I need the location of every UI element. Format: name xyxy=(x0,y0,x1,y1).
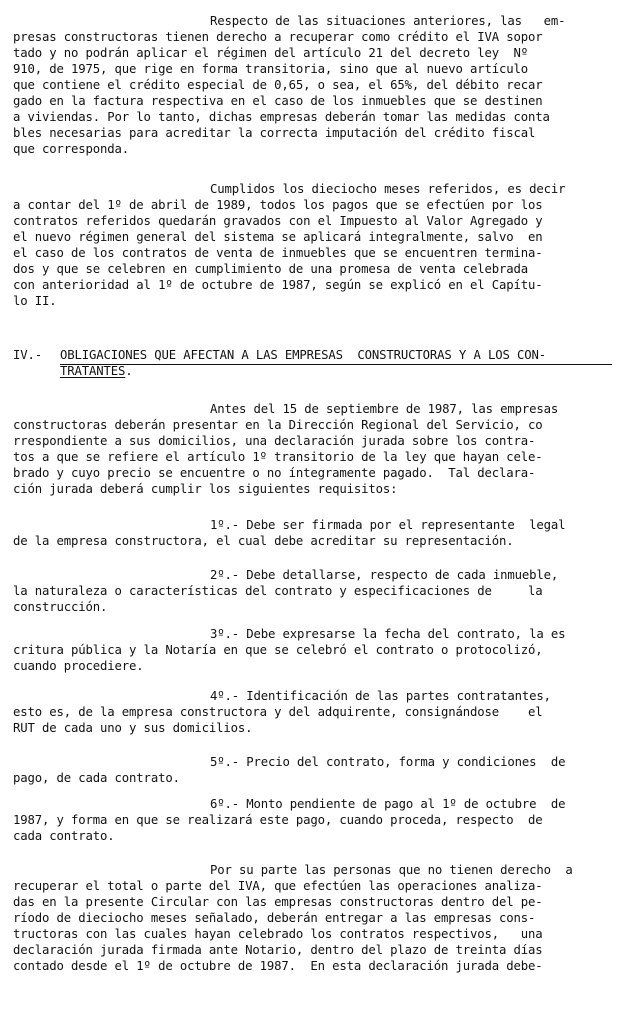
requirement-line: 3º.- Debe expresarse la fecha del contra… xyxy=(13,627,613,642)
paragraph-line: el nuevo régimen general del sistema se … xyxy=(13,230,613,245)
paragraph-line: a contar del 1º de abril de 1989, todos … xyxy=(13,198,613,213)
line-text: 6º.- Monto pendiente de pago al 1º de oc… xyxy=(210,797,565,811)
requirement-line: construcción. xyxy=(13,600,613,615)
document-page: Respecto de las situaciones anteriores, … xyxy=(0,0,630,1015)
line-text: 3º.- Debe expresarse la fecha del contra… xyxy=(210,627,565,641)
requirement-line: RUT de cada uno y sus domicilios. xyxy=(13,721,613,736)
line-text: Cumplidos los dieciocho meses referidos,… xyxy=(210,182,565,196)
paragraph-line: a viviendas. Por lo tanto, dichas empres… xyxy=(13,110,613,125)
paragraph-line: gado en la factura respectiva en el caso… xyxy=(13,94,613,109)
paragraph-line: constructoras deberán presentar en la Di… xyxy=(13,418,613,433)
paragraph-line: ción jurada deberá cumplir los siguiente… xyxy=(13,482,613,497)
paragraph-line: Respecto de las situaciones anteriores, … xyxy=(13,14,613,29)
requirement-line: pago, de cada contrato. xyxy=(13,771,613,786)
section-number: IV.- xyxy=(13,348,42,363)
requirement-line: esto es, de la empresa constructora y de… xyxy=(13,705,613,720)
paragraph-line: ríodo de dieciocho meses señalado, deber… xyxy=(13,911,613,926)
line-text: Respecto de las situaciones anteriores, … xyxy=(210,14,565,28)
section-title-line-2: TRATANTES. xyxy=(60,364,133,379)
requirement-line: cuando procediere. xyxy=(13,659,613,674)
section-title-period: . xyxy=(125,364,132,378)
heading-underline xyxy=(60,364,612,365)
paragraph-line: lo II. xyxy=(13,294,613,309)
line-text: 5º.- Precio del contrato, forma y condic… xyxy=(210,755,565,769)
paragraph-line: el caso de los contratos de venta de inm… xyxy=(13,246,613,261)
paragraph-line: Por su parte las personas que no tienen … xyxy=(13,863,613,878)
paragraph-line: Cumplidos los dieciocho meses referidos,… xyxy=(13,182,613,197)
paragraph-line: con anterioridad al 1º de octubre de 198… xyxy=(13,278,613,293)
line-text: 2º.- Debe detallarse, respecto de cada i… xyxy=(210,568,558,582)
line-text: Antes del 15 de septiembre de 1987, las … xyxy=(210,402,558,416)
line-text: 1º.- Debe ser firmada por el representan… xyxy=(210,518,565,532)
paragraph-line: que corresponda. xyxy=(13,142,613,157)
paragraph-line: tado y no podrán aplicar el régimen del … xyxy=(13,46,613,61)
requirement-line: 5º.- Precio del contrato, forma y condic… xyxy=(13,755,613,770)
paragraph-line: das en la presente Circular con las empr… xyxy=(13,895,613,910)
requirement-line: 6º.- Monto pendiente de pago al 1º de oc… xyxy=(13,797,613,812)
paragraph-line: brado y cuyo precio se encuentre o no ín… xyxy=(13,466,613,481)
paragraph-line: bles necesarias para acreditar la correc… xyxy=(13,126,613,141)
requirement-line: 4º.- Identificación de las partes contra… xyxy=(13,689,613,704)
requirement-line: 2º.- Debe detallarse, respecto de cada i… xyxy=(13,568,613,583)
paragraph-line: recuperar el total o parte del IVA, que … xyxy=(13,879,613,894)
section-title-line-1: OBLIGACIONES QUE AFECTAN A LAS EMPRESAS … xyxy=(60,348,546,363)
requirement-line: cada contrato. xyxy=(13,829,613,844)
requirement-line: la naturaleza o características del cont… xyxy=(13,584,613,599)
paragraph-line: tructoras con las cuales hayan celebrado… xyxy=(13,927,613,942)
paragraph-line: presas constructoras tienen derecho a re… xyxy=(13,30,613,45)
paragraph-line: 910, de 1975, que rige en forma transito… xyxy=(13,62,613,77)
section-title-underlined: TRATANTES xyxy=(60,364,125,378)
paragraph-line: contado desde el 1º de octubre de 1987. … xyxy=(13,959,613,974)
requirement-line: 1º.- Debe ser firmada por el representan… xyxy=(13,518,613,533)
line-text: 4º.- Identificación de las partes contra… xyxy=(210,689,551,703)
paragraph-line: Antes del 15 de septiembre de 1987, las … xyxy=(13,402,613,417)
requirement-line: critura pública y la Notaría en que se c… xyxy=(13,643,613,658)
requirement-line: 1987, y forma en que se realizará este p… xyxy=(13,813,613,828)
paragraph-line: contratos referidos quedarán gravados co… xyxy=(13,214,613,229)
line-text: Por su parte las personas que no tienen … xyxy=(210,863,573,877)
paragraph-line: rrespondiente a sus domicilios, una decl… xyxy=(13,434,613,449)
paragraph-line: que contiene el crédito especial de 0,65… xyxy=(13,78,613,93)
paragraph-line: tos a que se refiere el artículo 1º tran… xyxy=(13,450,613,465)
paragraph-line: declaración jurada firmada ante Notario,… xyxy=(13,943,613,958)
paragraph-line: dos y que se celebren en cumplimiento de… xyxy=(13,262,613,277)
requirement-line: de la empresa constructora, el cual debe… xyxy=(13,534,613,549)
